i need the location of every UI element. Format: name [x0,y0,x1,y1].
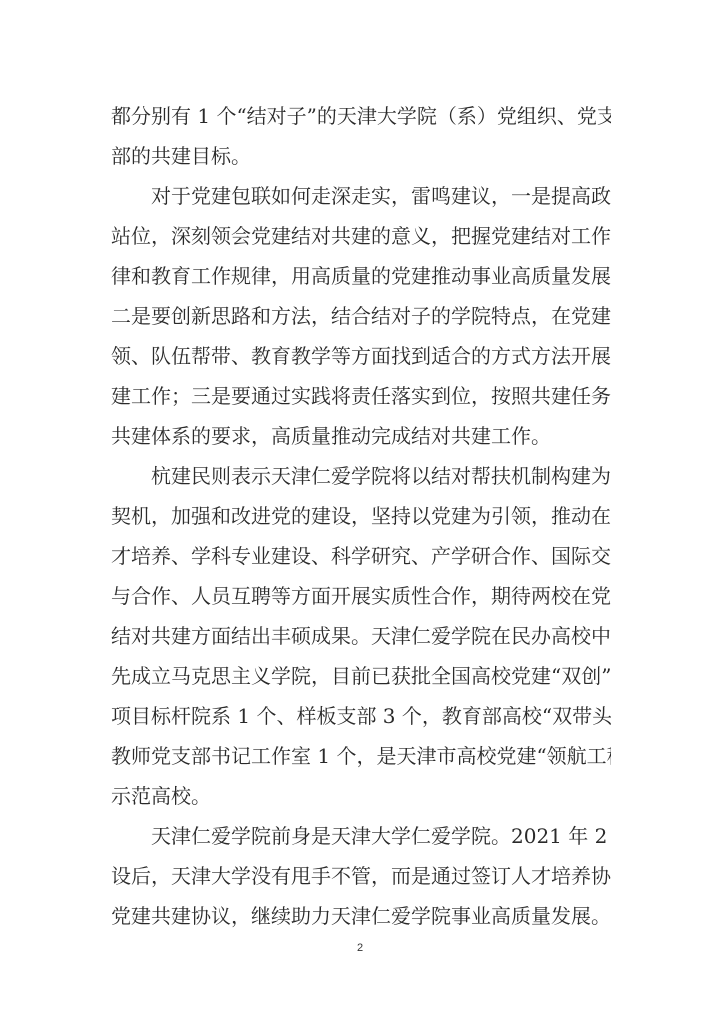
text-line: 建工作；三是要通过实践将责任落实到位，按照共建任务、 [111,376,611,416]
text-line: 契机，加强和改进党的建设，坚持以党建为引领，推动在人 [111,496,611,536]
text-line: 律和教育工作规律，用高质量的党建推动事业高质量发展； [111,256,611,296]
text-line: 与合作、人员互聘等方面开展实质性合作，期待两校在党建 [111,576,611,616]
text-line: 结对共建方面结出丰硕成果。天津仁爱学院在民办高校中率 [111,616,611,656]
text-line: 示范高校。 [111,776,611,816]
text-line: 党建共建协议，继续助力天津仁爱学院事业高质量发展。在 [111,896,611,936]
text-line: 对于党建包联如何走深走实，雷鸣建议，一是提高政治 [111,176,611,216]
text-line: 领、队伍帮带、教育教学等方面找到适合的方式方法开展共 [111,336,611,376]
document-body: 都分别有 1 个“结对子”的天津大学院（系）党组织、党支部的共建目标。对于党建包… [111,96,611,936]
text-line: 二是要创新思路和方法，结合结对子的学院特点，在党建引 [111,296,611,336]
text-line: 站位，深刻领会党建结对共建的意义，把握党建结对工作规 [111,216,611,256]
text-line: 共建体系的要求，高质量推动完成结对共建工作。 [111,416,611,456]
text-line: 部的共建目标。 [111,136,611,176]
text-line: 项目标杆院系 1 个、样板支部 3 个，教育部高校“双带头人” [111,696,611,736]
text-line: 杭建民则表示天津仁爱学院将以结对帮扶机制构建为 [111,456,611,496]
text-line: 先成立马克思主义学院，目前已获批全国高校党建“双创” [111,656,611,696]
text-line: 设后，天津大学没有甩手不管，而是通过签订人才培养协议、 [111,856,611,896]
text-line: 天津仁爱学院前身是天津大学仁爱学院。2021 年 2 月转 [111,816,611,856]
page-number: 2 [0,942,720,954]
text-line: 都分别有 1 个“结对子”的天津大学院（系）党组织、党支 [111,96,611,136]
text-line: 才培养、学科专业建设、科学研究、产学研合作、国际交流 [111,536,611,576]
text-line: 教师党支部书记工作室 1 个，是天津市高校党建“领航工程” [111,736,611,776]
